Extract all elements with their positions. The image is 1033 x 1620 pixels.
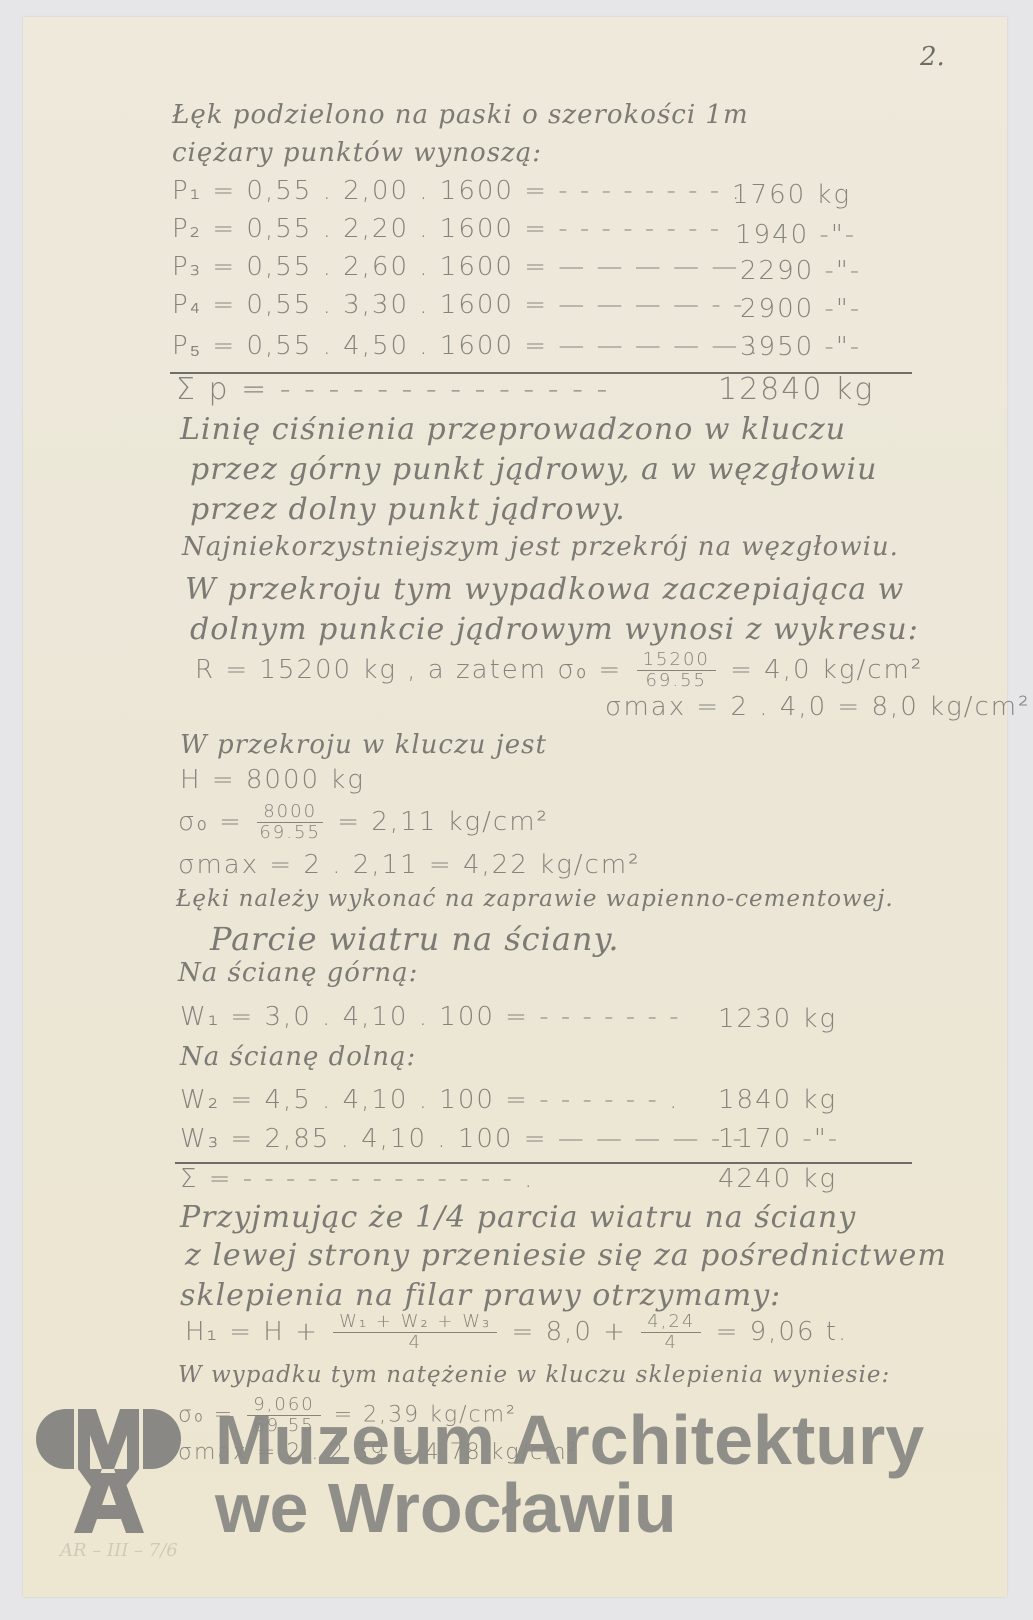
equation-p3: P₃ = 0,55 . 2,60 . 1600 = — — — — — <box>172 252 739 282</box>
equation-result: = 4,0 kg/cm² <box>730 655 923 685</box>
equation-r: R = 15200 kg , a zatem σ₀ = 1520069.55 =… <box>195 650 923 691</box>
watermark-line-2: we Wrocławiu <box>215 1468 677 1548</box>
equation-h: H = 8000 kg <box>180 765 365 795</box>
sum-w-equation: Σ = - - - - - - - - - - - - - . <box>180 1164 534 1194</box>
text-line: ciężary punktów wynoszą: <box>172 138 542 168</box>
text-line: Najniekorzystniejszym jest przekrój na w… <box>182 532 899 562</box>
value-p1: 1760 kg <box>732 180 851 210</box>
value-p3: 2290 -"- <box>740 256 861 286</box>
text-line: Łęk podzielono na paski o szerokości 1m <box>172 100 749 130</box>
sum-p-value: 12840 kg <box>718 372 874 407</box>
equation-p2: P₂ = 0,55 . 2,20 . 1600 = - - - - - - - … <box>172 214 721 244</box>
equation-result: = 9,06 t. <box>716 1317 849 1347</box>
equation-p1: P₁ = 0,55 . 2,00 . 1600 = - - - - - - - … <box>172 176 742 206</box>
fraction: W₁ + W₂ + W₃4 <box>333 1312 497 1353</box>
text-line: z lewej strony przeniesie się za pośredn… <box>185 1238 947 1273</box>
text-line: Na ścianę górną: <box>178 958 418 988</box>
archive-stamp: AR – III – 7/6 <box>60 1540 178 1561</box>
equation-sigma0-2: σ₀ = 800069.55 = 2,11 kg/cm² <box>178 802 549 843</box>
equation-prefix: σ₀ = <box>178 807 243 837</box>
text-line: Na ścianę dolną: <box>180 1042 416 1072</box>
equation-p4: P₄ = 0,55 . 3,30 . 1600 = — — — — - - <box>172 290 744 320</box>
sum-w-value: 4240 kg <box>718 1164 837 1194</box>
equation-p5: P₅ = 0,55 . 4,50 . 1600 = — — — — — . <box>172 330 760 361</box>
museum-logo-icon <box>36 1405 186 1535</box>
equation-smax-2: σmax = 2 . 2,11 = 4,22 kg/cm² <box>178 850 641 880</box>
value-p2: 1940 -"- <box>735 220 856 250</box>
value-p4: 2900 -"- <box>740 294 861 324</box>
equation-result: = 2,11 kg/cm² <box>337 807 549 837</box>
text-line: W wypadku tym natężenie w kluczu sklepie… <box>178 1362 890 1388</box>
text-line: przez górny punkt jądrowy, a w węzgłowiu <box>190 452 877 487</box>
section-heading: Parcie wiatru na ściany. <box>210 920 620 958</box>
text-line: Przyjmując że 1/4 parcia wiatru na ścian… <box>180 1200 856 1235</box>
page-number: 2. <box>920 42 945 72</box>
equation-prefix: R = 15200 kg , a zatem σ₀ = <box>195 655 622 685</box>
equation-w1: W₁ = 3,0 . 4,10 . 100 = - - - - - - - <box>180 1002 680 1032</box>
equation-smax-1: σmax = 2 . 4,0 = 8,0 kg/cm² <box>605 692 1031 722</box>
text-line: sklepienia na filar prawy otrzymamy: <box>180 1278 781 1313</box>
equation-prefix: H₁ = H + <box>185 1317 319 1347</box>
text-line: W przekroju tym wypadkowa zaczepiająca w <box>185 572 904 607</box>
value-w1: 1230 kg <box>718 1004 837 1034</box>
fraction: 1520069.55 <box>637 650 716 691</box>
text-line: przez dolny punkt jądrowy. <box>190 492 626 527</box>
equation-h1: H₁ = H + W₁ + W₂ + W₃4 = 8,0 + 4,244 = 9… <box>185 1312 848 1353</box>
equation-w3: W₃ = 2,85 . 4,10 . 100 = — — — — - - <box>180 1124 744 1154</box>
text-line: Linię ciśnienia przeprowadzono w kluczu <box>180 412 846 447</box>
value-w2: 1840 kg <box>718 1085 837 1115</box>
sum-p-equation: Σ p = - - - - - - - - - - - - - - <box>176 372 609 407</box>
value-w3: 1170 -"- <box>718 1124 839 1154</box>
text-line: Łęki należy wykonać na zaprawie wapienno… <box>176 886 894 912</box>
equation-w2: W₂ = 4,5 . 4,10 . 100 = - - - - - - . <box>180 1085 679 1115</box>
equation-mid: = 8,0 + <box>512 1317 627 1347</box>
fraction: 800069.55 <box>257 802 323 843</box>
value-p5: 3950 -"- <box>740 332 861 362</box>
fraction: 4,244 <box>641 1312 701 1353</box>
text-line: dolnym punkcie jądrowym wynosi z wykresu… <box>190 612 919 647</box>
text-line: W przekroju w kluczu jest <box>180 730 547 760</box>
